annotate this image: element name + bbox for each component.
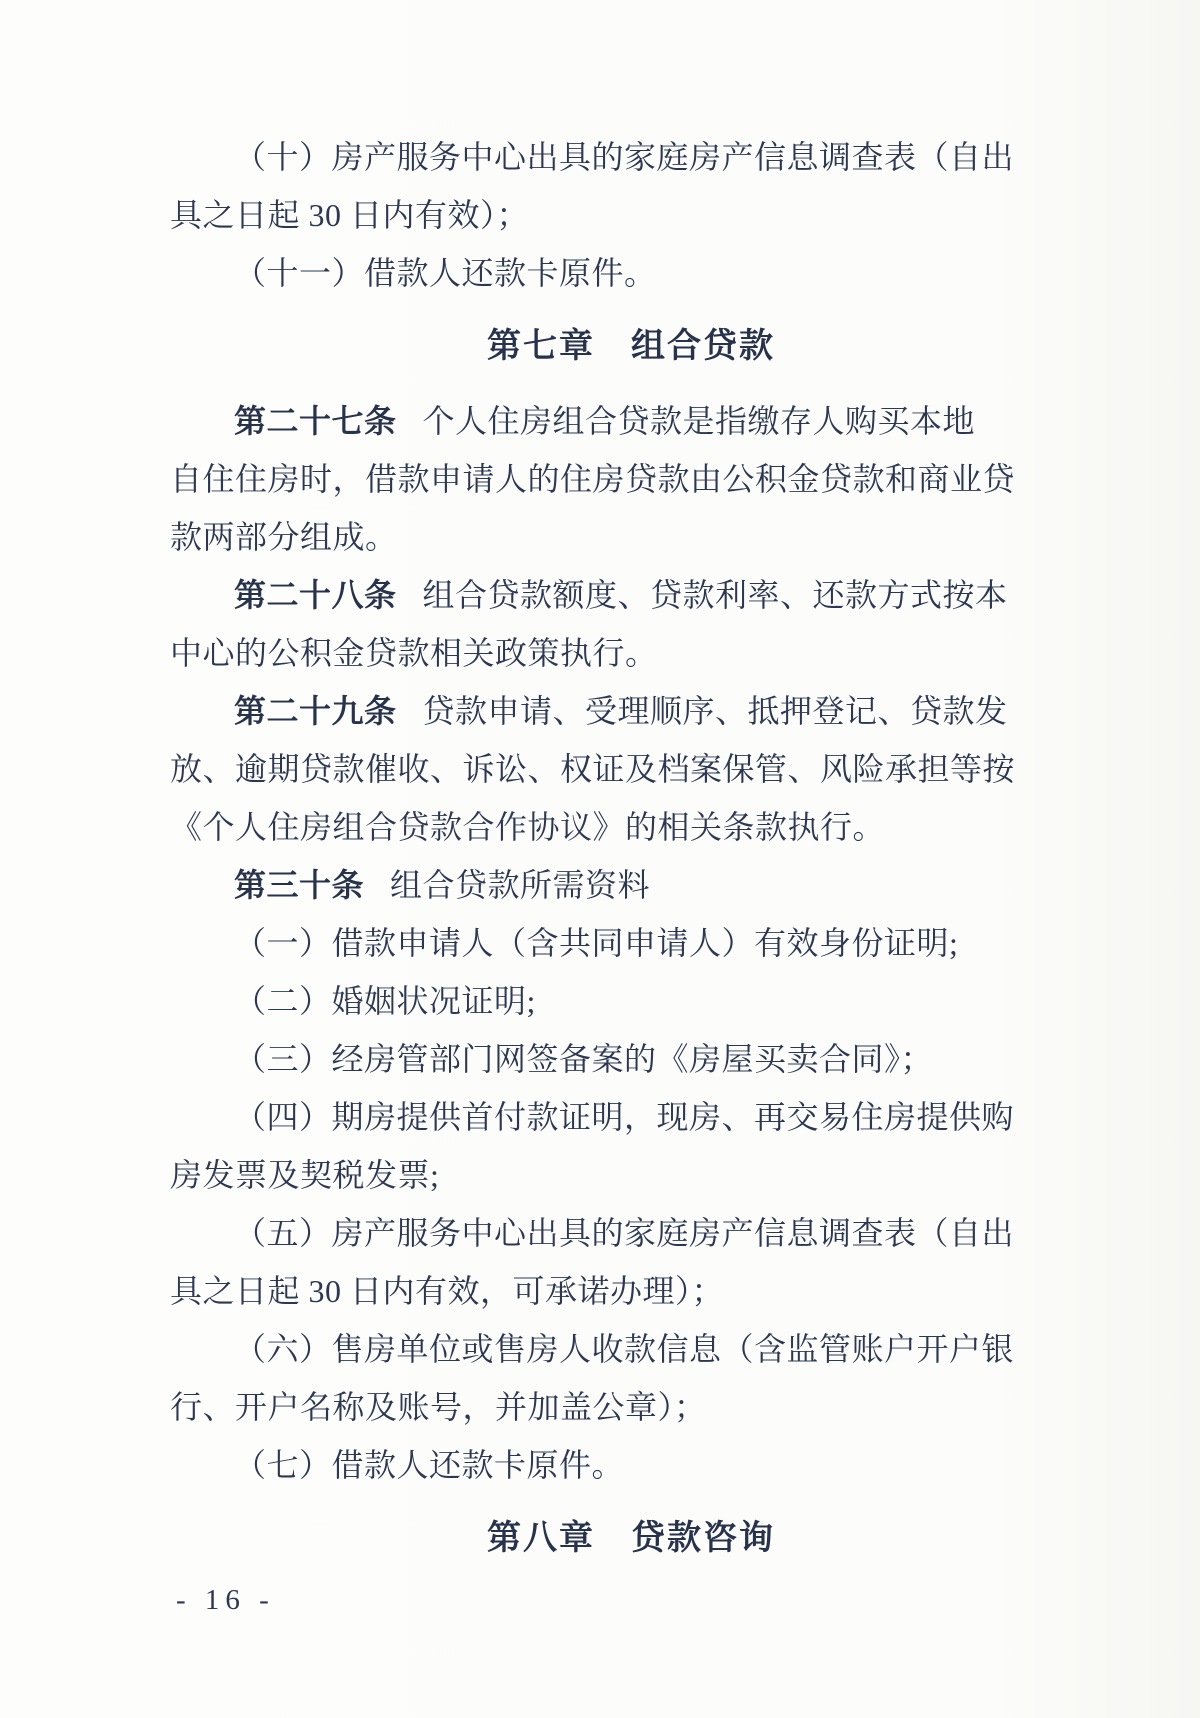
document-line: 行、开户名称及账号，并加盖公章）；: [170, 1378, 980, 1436]
document-line: 第二十八条组合贷款额度、贷款利率、还款方式按本: [170, 566, 980, 624]
line-text: 第八章 贷款咨询: [487, 1519, 775, 1557]
document-line: 第三十条组合贷款所需资料: [170, 856, 980, 914]
document-line: （六）售房单位或售房人收款信息（含监管账户开户银: [170, 1320, 980, 1378]
line-text: （十一）借款人还款卡原件。: [234, 255, 657, 291]
document-line: （三）经房管部门网签备案的《房屋买卖合同》；: [170, 1030, 980, 1088]
line-text: 组合贷款所需资料: [390, 867, 650, 903]
document-line: 自住住房时，借款申请人的住房贷款由公积金贷款和商业贷: [170, 450, 980, 508]
document-line: 房发票及契税发票;: [170, 1146, 980, 1204]
line-text: 第七章 组合贷款: [487, 327, 775, 365]
document-body: （十）房产服务中心出具的家庭房产信息调查表（自出 具之日起 30 日内有效）； …: [170, 128, 980, 1584]
line-text: （四）期房提供首付款证明，现房、再交易住房提供购: [234, 1099, 1014, 1135]
document-line: 中心的公积金贷款相关政策执行。: [170, 624, 980, 682]
line-text: 放、逾期贷款催收、诉讼、权证及档案保管、风险承担等按: [170, 751, 1015, 787]
article-number: 第二十八条: [234, 577, 397, 613]
document-line: 《个人住房组合贷款合作协议》的相关条款执行。: [170, 798, 980, 856]
line-text: 行、开户名称及账号，并加盖公章）；: [170, 1389, 707, 1425]
document-line: 款两部分组成。: [170, 508, 980, 566]
line-text: 自住住房时，借款申请人的住房贷款由公积金贷款和商业贷: [170, 461, 1015, 497]
document-line: （十）房产服务中心出具的家庭房产信息调查表（自出: [170, 128, 980, 186]
chapter-heading: 第八章 贷款咨询: [170, 1509, 980, 1567]
document-line: 第二十九条贷款申请、受理顺序、抵押登记、贷款发: [170, 682, 980, 740]
line-text: （十）房产服务中心出具的家庭房产信息调查表（自出: [234, 139, 1014, 175]
article-number: 第二十九条: [234, 693, 397, 729]
article-number: 第三十条: [234, 867, 364, 903]
line-text: 《个人住房组合贷款合作协议》的相关条款执行。: [170, 809, 885, 845]
line-text: （一）借款申请人（含共同申请人）有效身份证明;: [234, 925, 958, 961]
document-line: 具之日起 30 日内有效）；: [170, 186, 980, 244]
line-text: （七）借款人还款卡原件。: [234, 1447, 624, 1483]
document-line: （二）婚姻状况证明;: [170, 972, 980, 1030]
line-text: 组合贷款额度、贷款利率、还款方式按本: [423, 577, 1008, 613]
document-line: 具之日起 30 日内有效，可承诺办理）；: [170, 1262, 980, 1320]
line-text: （二）婚姻状况证明;: [234, 983, 536, 1019]
line-text: （五）房产服务中心出具的家庭房产信息调查表（自出: [234, 1215, 1014, 1251]
document-line: （四）期房提供首付款证明，现房、再交易住房提供购: [170, 1088, 980, 1146]
chapter-heading: 第七章 组合贷款: [170, 317, 980, 375]
document-line: 放、逾期贷款催收、诉讼、权证及档案保管、风险承担等按: [170, 740, 980, 798]
line-text: （三）经房管部门网签备案的《房屋买卖合同》；: [234, 1041, 933, 1077]
page-number: - 16 -: [176, 1582, 275, 1618]
document-line: （七）借款人还款卡原件。: [170, 1436, 980, 1494]
line-text: 款两部分组成。: [170, 519, 398, 555]
document-line: （五）房产服务中心出具的家庭房产信息调查表（自出: [170, 1204, 980, 1262]
line-text: 中心的公积金贷款相关政策执行。: [170, 635, 658, 671]
scanned-document-page: （十）房产服务中心出具的家庭房产信息调查表（自出 具之日起 30 日内有效）； …: [0, 0, 1200, 1718]
document-line: 第二十七条个人住房组合贷款是指缴存人购买本地: [170, 392, 980, 450]
line-text: 个人住房组合贷款是指缴存人购买本地: [423, 403, 976, 439]
line-text: （六）售房单位或售房人收款信息（含监管账户开户银: [234, 1331, 1014, 1367]
line-text: 房发票及契税发票;: [170, 1157, 439, 1193]
document-line: （十一）借款人还款卡原件。: [170, 244, 980, 302]
line-text: 贷款申请、受理顺序、抵押登记、贷款发: [423, 693, 1008, 729]
line-text: 具之日起 30 日内有效，可承诺办理）；: [170, 1273, 724, 1309]
document-line: （一）借款申请人（含共同申请人）有效身份证明;: [170, 914, 980, 972]
article-number: 第二十七条: [234, 403, 397, 439]
line-text: 具之日起 30 日内有效）；: [170, 197, 529, 233]
